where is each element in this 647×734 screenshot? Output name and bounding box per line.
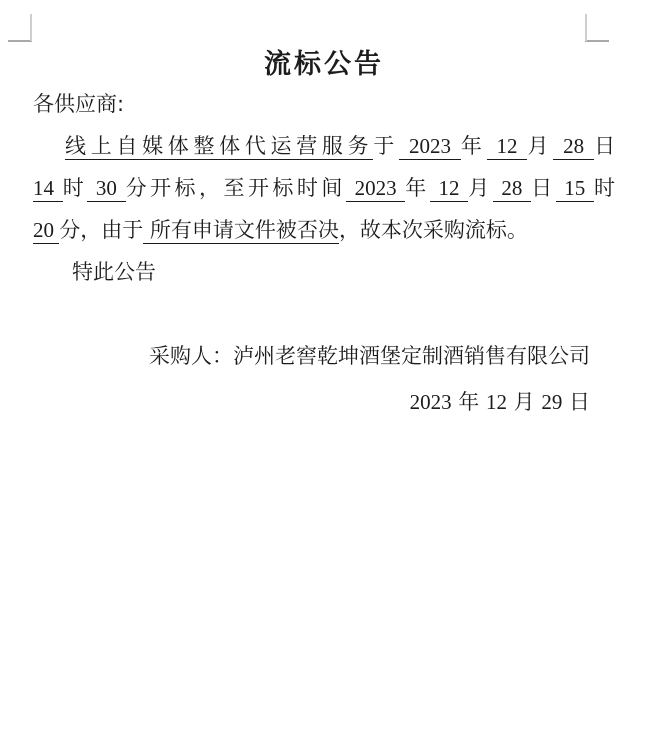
text-run: 年 <box>405 176 429 200</box>
underlined-text-run: 28 <box>553 134 594 160</box>
salutation-line: 各供应商: <box>33 83 615 125</box>
text-run: 时 <box>63 176 87 200</box>
crop-mark-top-left-horizontal-icon <box>8 40 32 42</box>
underlined-text-run: 20 <box>33 218 59 244</box>
purchaser-line: 采购人：泸州老窖乾坤酒堡定制酒销售有限公司 <box>149 335 590 377</box>
crop-mark-top-right-vertical-icon <box>585 14 587 41</box>
document-title: 流标公告 <box>33 42 615 81</box>
text-run: 年 <box>452 390 486 414</box>
text-run: 分，由于 <box>59 218 143 242</box>
underlined-text-run: 所有申请文件被否决 <box>143 218 339 244</box>
text-run: 日 <box>562 390 590 414</box>
text-run: 日 <box>531 176 555 200</box>
announcement-line-1: 线上自媒体整体代运营服务于 2023 年 12 月 28 日 <box>33 125 615 167</box>
text-run: 12 <box>486 390 507 414</box>
closing-line: 特此公告 <box>72 251 647 293</box>
underlined-text-run: 2023 <box>399 134 461 160</box>
text-run: 月 <box>527 134 553 158</box>
text-run: 2023 <box>410 390 452 414</box>
document-body: 各供应商: 线上自媒体整体代运营服务于 2023 年 12 月 28 日 14 … <box>33 83 615 293</box>
text-run: ，故本次采购流标。 <box>339 218 528 242</box>
announcement-line-3: 20 分，由于 所有申请文件被否决，故本次采购流标。 <box>33 209 615 251</box>
text-run: 于 <box>373 134 399 158</box>
announcement-line-2: 14 时 30 分开标，至开标时间 2023 年 12 月 28 日 15 时 <box>33 167 615 209</box>
date-line: 2023 年 12 月 29 日 <box>410 381 590 423</box>
document-page: 流标公告 各供应商: 线上自媒体整体代运营服务于 2023 年 12 月 28 … <box>0 0 647 734</box>
text-run: 月 <box>507 390 541 414</box>
underlined-text-run: 28 <box>493 176 531 202</box>
underlined-text-run: 14 <box>33 176 63 202</box>
underlined-text-run: 12 <box>487 134 528 160</box>
text-run: 分开标，至开标时间 <box>126 176 346 200</box>
underlined-text-run: 2023 <box>346 176 405 202</box>
text-run: 月 <box>468 176 492 200</box>
text-run: 29 <box>541 390 562 414</box>
underlined-text-run: 线上自媒体整体代运营服务 <box>65 134 373 160</box>
crop-mark-top-left-vertical-icon <box>30 14 32 41</box>
underlined-text-run: 30 <box>87 176 125 202</box>
text-run: 时 <box>594 176 615 200</box>
text-run: 年 <box>461 134 487 158</box>
underlined-text-run: 12 <box>430 176 468 202</box>
underlined-text-run: 15 <box>556 176 594 202</box>
text-run: 日 <box>594 134 615 158</box>
